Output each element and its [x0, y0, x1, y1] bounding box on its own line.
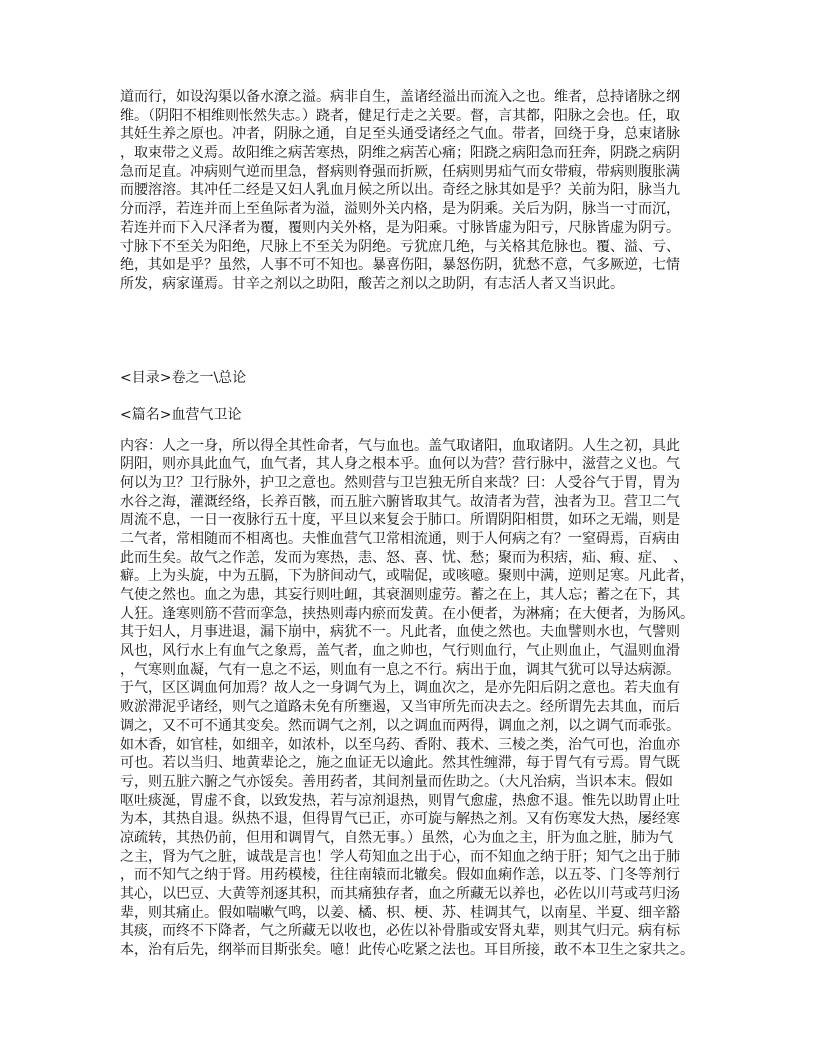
text-line: 人狂。逢寒则筋不营而挛急，挟热则毒内瘀而发黄。在小便者，为淋痛；在大便者，为肠风… — [120, 605, 720, 624]
toc-label: <目录> — [120, 370, 171, 386]
text-line: 绝，其如是乎？虽然，人事不可不知也。暴喜伤阳，暴怒伤阴，犹愁不意，气多厥逆，七情 — [120, 256, 720, 275]
text-line: 内容：人之一身，所以得全其性命者，气与血也。盖气取诸阳，血取诸阴。人生之初，具此 — [120, 437, 720, 456]
text-line: 如木香，如官桂，如细辛，如浓朴，以至乌药、香附、莪术、三棱之类，治气可也，治血亦 — [120, 736, 720, 755]
text-line: 急而足直。冲病则气逆而里急，督病则脊强而折厥，任病则男疝气而女带瘕，带病则腹胀满 — [120, 163, 720, 182]
content-paragraph: 内容：人之一身，所以得全其性命者，气与血也。盖气取诸阳，血取诸阴。人生之初，具此… — [120, 437, 720, 960]
text-line: ，取束带之义焉。故阳维之病苦寒热，阴维之病苦心痛；阳跷之病阳急而狂奔，阴跷之病阴 — [120, 144, 720, 163]
text-line: 维。（阴阳不相维则怅然失志。）跷者，健足行走之关要。督，言其都，阳脉之会也。任，… — [120, 107, 720, 126]
text-line: 水谷之海，灌溉经络，长养百骸，而五脏六腑皆取其气。故清者为营，浊者为卫。营卫二气 — [120, 493, 720, 512]
text-line: 分而浮，若连并而上至鱼际者为溢，溢则外关内格，是为阴乘。关后为阴，脉当一寸而沉， — [120, 200, 720, 219]
text-line: 道而行，如设沟渠以备水潦之溢。病非自生，盖诸经溢出而流入之也。维者，总持诸脉之纲 — [120, 88, 720, 107]
text-line: 而腰溶溶。其冲任二经是又妇人乳血月候之所以出。奇经之脉其如是乎？关前为阳，脉当九 — [120, 181, 720, 200]
text-line: 于气，区区调血何加焉？故人之一身调气为上，调血次之，是亦先阳后阴之意也。若夫血有 — [120, 679, 720, 698]
chapter-heading: <篇名>血营气卫论 — [120, 406, 720, 425]
text-line: 凉疏转，其热仍前，但用和调胃气，自然无事。）虽然，心为血之主，肝为血之脏，肺为气 — [120, 829, 720, 848]
text-line: 亏，则五脏六腑之气亦馁矣。善用药者，其间剂量而佐助之。（大凡治病，当识本末。假如 — [120, 773, 720, 792]
toc-heading: <目录>卷之一\总论 — [120, 369, 720, 388]
text-line: 若连并而下入尺泽者为覆，覆则内关外格，是为阳乘。寸脉皆虚为阳亏，尺脉皆虚为阴亏。 — [120, 219, 720, 238]
text-line: 其心，以巴豆、大黄等剂逐其积，而其痛独存者，血之所藏无以养也，必佐以川芎或芎归汤 — [120, 885, 720, 904]
text-line: 辈，则其痛止。假如喘嗽气鸣，以姜、橘、枳、梗、苏、桂调其气，以南星、半夏、细辛豁 — [120, 904, 720, 923]
text-line: ，气寒则血凝，气有一息之不运，则血有一息之不行。病出于血，调其气犹可以导达病源。 — [120, 661, 720, 680]
text-line: ，而不知气之纳于肾。用药模棱，往往南辕而北辙矣。假如血痢作恙，以五苓、门冬等剂行 — [120, 866, 720, 885]
text-line: 败淤滞泥乎诸经，则气之道路未免有所壅遏，又当审所先而决去之。经所谓先去其血，而后 — [120, 698, 720, 717]
toc-title: 卷之一\总论 — [171, 370, 246, 386]
text-line: 阴阳，则亦具此血气，血气者，其人身之根本乎。血何以为营？营行脉中，滋营之义也。气 — [120, 455, 720, 474]
chapter-label: <篇名> — [120, 407, 171, 423]
text-line: 为本，其热自退。纵热不退，但得胃气已正，亦可旋与解热之剂。又有伤寒发大热，屡经寒 — [120, 810, 720, 829]
text-line: 寸脉下不至关为阳绝，尺脉上不至关为阴绝。亏犹庶几绝，与关格其危脉也。覆、溢、亏、 — [120, 238, 720, 257]
text-line: 二气者，常相随而不相离也。夫惟血营气卫常相流通，则于人何病之有？一窒碍焉，百病由 — [120, 530, 720, 549]
text-line: 周流不息，一日一夜脉行五十度，平旦以来复会于肺口。所谓阴阳相贯，如环之无端，则是 — [120, 511, 720, 530]
text-line: 其妊生养之原也。冲者，阴脉之通，自足至头通受诸经之气血。带者，回绕于身，总束诸脉 — [120, 125, 720, 144]
text-line: 何以为卫？卫行脉外，护卫之意也。然则营与卫岂独无所自来哉？曰：人受谷气于胃，胃为 — [120, 474, 720, 493]
text-line: 调之，又不可不通其变矣。然而调气之剂，以之调血而两得，调血之剂，以之调气而乖张。 — [120, 717, 720, 736]
text-line: 此而生矣。故气之作恙，发而为寒热，恚、怒、喜、忧、愁；聚而为积痞，疝、瘕、症、 … — [120, 549, 720, 568]
text-line: 其痰，而终不下降者，气之所藏无以收也，必佐以补骨脂或安肾丸辈，则其气归元。病有标 — [120, 922, 720, 941]
text-line: 风也，风行水上有血气之象焉，盖气者，血之帅也，气行则血行，气止则血止，气温则血滑 — [120, 642, 720, 661]
text-line: 所发，病家谨焉。甘辛之剂以之助阳，酸苦之剂以之助阴，有志活人者又当识此。 — [120, 275, 720, 294]
chapter-title: 血营气卫论 — [171, 407, 241, 423]
text-line: 其于妇人，月事进退，漏下崩中，病犹不一。凡此者，血使之然也。夫血譬则水也，气譬则 — [120, 623, 720, 642]
text-line: 之主，肾为气之脏，诚哉是言也！学人苟知血之出于心，而不知血之纳于肝；知气之出于肺 — [120, 848, 720, 867]
text-line: 可也。若以当归、地黄辈论之，施之血证无以逾此。然其性缠滞，每于胃气有亏焉。胃气既 — [120, 754, 720, 773]
text-line: 本，治有后先，纲举而目斯张矣。噫！此传心吃紧之法也。耳目所接，敢不本卫生之家共之… — [120, 941, 720, 960]
content-first-line: 人之一身，所以得全其性命者，气与血也。盖气取诸阳，血取诸阴。人生之初，具此 — [162, 438, 680, 454]
continuation-paragraph: 道而行，如设沟渠以备水潦之溢。病非自生，盖诸经溢出而流入之也。维者，总持诸脉之纲… — [120, 88, 720, 294]
text-line: 气使之然也。血之为患，其妄行则吐衄，其衰涸则虚劳。蓄之在上，其人忘；蓄之在下，其 — [120, 586, 720, 605]
content-label: 内容： — [120, 438, 162, 454]
text-line: 癖。上为头旋，中为五膈，下为脐间动气，或喘促，或咳噫。聚则中满，逆则足寒。凡此者… — [120, 567, 720, 586]
text-line: 呕吐痰涎，胃虚不食，以致发热，若与凉剂退热，则胃气愈虚，热愈不退。惟先以助胃止吐 — [120, 792, 720, 811]
